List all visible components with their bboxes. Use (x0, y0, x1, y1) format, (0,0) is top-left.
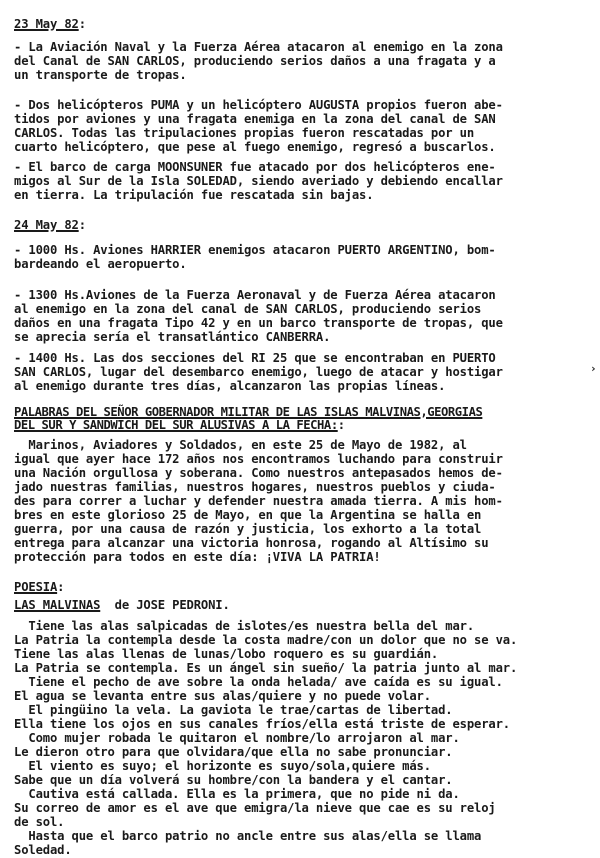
report-item: - La Aviación Naval y la Fuerza Aérea at… (14, 40, 503, 54)
margin-mark: › (590, 362, 597, 375)
report-item: se aprecia sería el transatlántico CANBE… (14, 330, 330, 344)
report-item: al enemigo durante tres días, alcanzaron… (14, 379, 445, 393)
report-item: SAN CARLOS, lugar del desembarco enemigo… (14, 365, 503, 379)
report-item: daños en una fragata Tipo 42 y en un bar… (14, 316, 503, 330)
poem-title-author: LAS MALVINAS de JOSE PEDRONI. (14, 598, 230, 612)
date-heading-23-may: 23 May 82: (14, 17, 86, 31)
typewritten-page: 23 May 82:- La Aviación Naval y la Fuerz… (0, 0, 600, 858)
poetry-heading: POESIA: (14, 580, 64, 594)
poem-line: Le dieron otro para que olvidara/que ell… (14, 745, 452, 759)
report-item: tidos por aviones y una fragata enemiga … (14, 112, 496, 126)
address-body-line: igual que ayer hace 172 años nos encontr… (14, 452, 503, 466)
poem-line: Tiene el pecho de ave sobre la onda hela… (14, 675, 503, 689)
address-body-line: jado nuestras familias, nuestros hogares… (14, 480, 496, 494)
date-heading-24-may: 24 May 82: (14, 218, 86, 232)
address-body-line: Marinos, Aviadores y Soldados, en este 2… (14, 438, 467, 452)
poem-line: La Patria la contempla desde la costa ma… (14, 633, 517, 647)
report-item: - Dos helicópteros PUMA y un helicóptero… (14, 98, 503, 112)
poem-line: La Patria se contempla. Es un ángel sin … (14, 661, 517, 675)
poem-line: El agua se levanta entre sus alas/quiere… (14, 689, 431, 703)
address-body-line: protección para todos en este día: ¡VIVA… (14, 550, 381, 564)
poem-line: Sabe que un día volverá su hombre/con la… (14, 773, 452, 787)
address-heading: PALABRAS DEL SEÑOR GOBERNADOR MILITAR DE… (14, 405, 482, 419)
poem-line: Cautiva está callada. Ella es la primera… (14, 787, 460, 801)
poem-line: Su correo de amor es el ave que emigra/l… (14, 801, 496, 815)
poem-line: Tiene las alas llenas de lunas/lobo roqu… (14, 647, 438, 661)
address-body-line: guerra, por una causa de razón y justici… (14, 522, 481, 536)
report-item: migos al Sur de la Isla SOLEDAD, siendo … (14, 174, 503, 188)
address-body-line: entrega para alcanzar una victoria honro… (14, 536, 488, 550)
poem-line: El pingüino la vela. La gaviota le trae/… (14, 703, 452, 717)
report-item: - 1000 Hs. Aviones HARRIER enemigos atac… (14, 243, 496, 257)
poem-line: Hasta que el barco patrio no ancle entre… (14, 829, 481, 843)
report-item: CARLOS. Todas las tripulaciones propias … (14, 126, 474, 140)
poem-line: Tiene las alas salpicadas de islotes/es … (14, 619, 474, 633)
report-item: un transporte de tropas. (14, 68, 187, 82)
address-heading: DEL SUR Y SANDWICH DEL SUR ALUSIVAS A LA… (14, 418, 345, 432)
report-item: del Canal de SAN CARLOS, produciendo ser… (14, 54, 496, 68)
poem-line: de sol. (14, 815, 64, 829)
poem-line: Ella tiene los ojos en sus canales fríos… (14, 717, 510, 731)
report-item: - 1400 Hs. Las dos secciones del RI 25 q… (14, 351, 496, 365)
report-item: bardeando el aeropuerto. (14, 257, 187, 271)
report-item: - 1300 Hs.Aviones de la Fuerza Aeronaval… (14, 288, 496, 302)
report-item: - El barco de carga MOONSUNER fue atacad… (14, 160, 496, 174)
poem-line: Como mujer robada le quitaron el nombre/… (14, 731, 460, 745)
report-item: en tierra. La tripulación fue rescatada … (14, 188, 373, 202)
address-body-line: des para correr a luchar y defender nues… (14, 494, 503, 508)
report-item: cuarto helicóptero, que pese al fuego en… (14, 140, 496, 154)
address-body-line: bres en este glorioso 25 de Mayo, en que… (14, 508, 481, 522)
report-item: al enemigo en la zona del canal de SAN C… (14, 302, 481, 316)
address-body-line: una Nación orgullosa y soberana. Como nu… (14, 466, 503, 480)
poem-line: Soledad. (14, 843, 72, 857)
poem-line: El viento es suyo; el horizonte es suyo/… (14, 759, 431, 773)
